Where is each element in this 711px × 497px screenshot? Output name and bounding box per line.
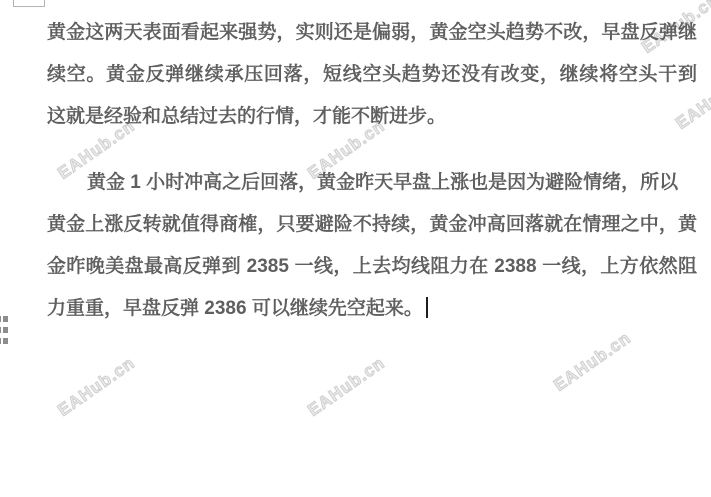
paragraph-line: 黄金 1 小时冲高之后回落，黄金昨天早盘上涨也是因为避险情绪，所以 [47, 162, 697, 204]
paragraph-line: 金昨晚美盘最高反弹到 2385 一线，上去均线阻力在 2388 一线，上方依然阻 [47, 246, 697, 288]
document-page: { "document": { "paragraphs": [ { "lines… [0, 0, 711, 497]
text-cursor [426, 297, 428, 318]
glyph-row [0, 331, 10, 337]
paragraph: 黄金这两天表面看起来强势，实则还是偏弱，黄金空头趋势不改，早盘反弹继 续空。黄金… [47, 12, 697, 138]
paragraph-line-text: 力重重，早盘反弹 2386 可以继续先空起来。 [47, 298, 423, 319]
document-text-area[interactable]: 黄金这两天表面看起来强势，实则还是偏弱，黄金空头趋势不改，早盘反弹继 续空。黄金… [47, 12, 697, 330]
watermark: EAHub.cn [54, 353, 139, 421]
clipped-sidebar-glyphs [0, 309, 10, 342]
paragraph-line: 力重重，早盘反弹 2386 可以继续先空起来。 [47, 288, 697, 330]
paragraph: 黄金 1 小时冲高之后回落，黄金昨天早盘上涨也是因为避险情绪，所以 黄金上涨反转… [47, 162, 697, 330]
watermark: EAHub.cn [304, 353, 389, 421]
glyph-row [0, 320, 10, 326]
watermark: EAHub.cn [550, 328, 635, 396]
paragraph-line: 续空。黄金反弹继续承压回落，短线空头趋势还没有改变，继续将空头干到底； [47, 54, 697, 96]
glyph-row [0, 309, 10, 315]
paragraph-line: 这就是经验和总结过去的行情，才能不断进步。 [47, 96, 697, 138]
paragraph-line: 黄金上涨反转就值得商榷，只要避险不持续，黄金冲高回落就在情理之中，黄 [47, 204, 697, 246]
paragraph-line: 黄金这两天表面看起来强势，实则还是偏弱，黄金空头趋势不改，早盘反弹继 [47, 12, 697, 54]
clipped-top-left-box [13, 0, 45, 7]
